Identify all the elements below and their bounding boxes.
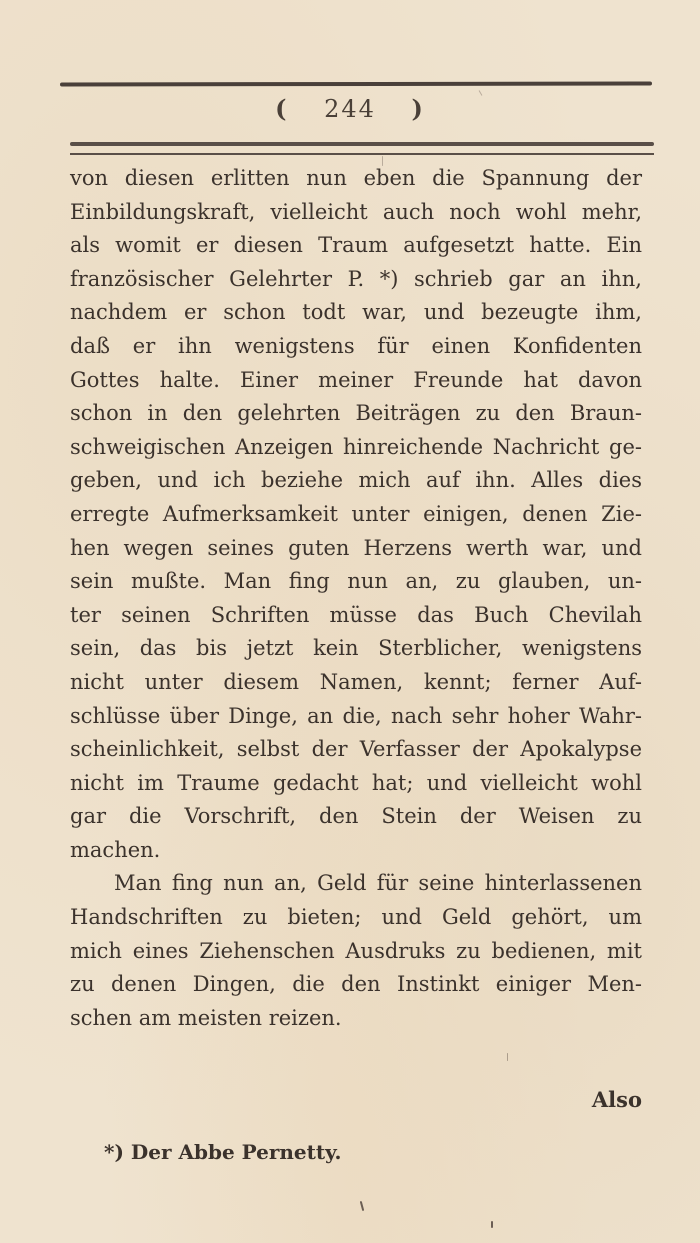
text-line: Handschriften zu bieten; und Geld gehört… [70, 901, 642, 935]
paren-close: ) [412, 94, 425, 123]
text-line: geben, und ich beziehe mich auf ihn. All… [70, 464, 642, 498]
book-page: ( 244 ) von diesen erlitten nun eben die… [0, 0, 700, 1243]
text-line: erregte Aufmerksamkeit unter einigen, de… [70, 498, 642, 532]
header-rule-thick [70, 142, 654, 146]
text-line: daß er ihn wenigstens für einen Konfiden… [70, 330, 642, 364]
page-number: 244 [324, 95, 376, 123]
text-line: Einbildungskraft, vielleicht auch noch w… [70, 196, 642, 230]
text-line: schweigischen Anzeigen hinreichende Nach… [70, 431, 642, 465]
paper-speck [382, 156, 383, 166]
paper-speck [491, 1221, 493, 1228]
text-line: sein mußte. Man fing nun an, zu glauben,… [70, 565, 642, 599]
text-line: ter seinen Schriften müsse das Buch Chev… [70, 599, 642, 633]
text-line: hen wegen seines guten Herzens werth war… [70, 532, 642, 566]
text-line: von diesen erlitten nun eben die Spannun… [70, 162, 642, 196]
text-line: nicht unter diesem Namen, kennt; ferner … [70, 666, 642, 700]
text-line: Gottes halte. Einer meiner Freunde hat d… [70, 364, 642, 398]
text-line: französischer Gelehrter P. *) schrieb ga… [70, 263, 642, 297]
text-line: als womit er diesen Traum aufgesetzt hat… [70, 229, 642, 263]
text-line: schen am meisten reizen. [70, 1002, 642, 1036]
paragraph-start-line: Man fing nun an, Geld für seine hinterla… [70, 867, 642, 901]
paren-open: ( [275, 94, 288, 123]
text-line: gar die Vorschrift, den Stein der Weisen… [70, 800, 642, 834]
text-line: nachdem er schon todt war, und bezeugte … [70, 296, 642, 330]
text-line: zu denen Dingen, die den Instinkt einige… [70, 968, 642, 1002]
catchword: Also [592, 1087, 642, 1112]
header-rule-thin [70, 153, 654, 155]
text-line: schlüsse über Dinge, an die, nach sehr h… [70, 700, 642, 734]
text-line: nicht im Traume gedacht hat; und viellei… [70, 767, 642, 801]
footnote: *) Der Abbe Pernetty. [104, 1140, 341, 1164]
text-line: sein, das bis jetzt kein Sterblicher, we… [70, 632, 642, 666]
page-header: ( 244 ) [0, 94, 700, 123]
paper-speck [360, 1201, 365, 1211]
body-text: von diesen erlitten nun eben die Spannun… [70, 162, 642, 1035]
text-line: machen. [70, 834, 642, 868]
text-line: scheinlichkeit, selbst der Verfasser der… [70, 733, 642, 767]
top-rule [60, 81, 652, 86]
text-line: mich eines Ziehenschen Ausdruks zu bedie… [70, 935, 642, 969]
text-line: schon in den gelehrten Beiträgen zu den … [70, 397, 642, 431]
paper-speck [507, 1053, 508, 1061]
